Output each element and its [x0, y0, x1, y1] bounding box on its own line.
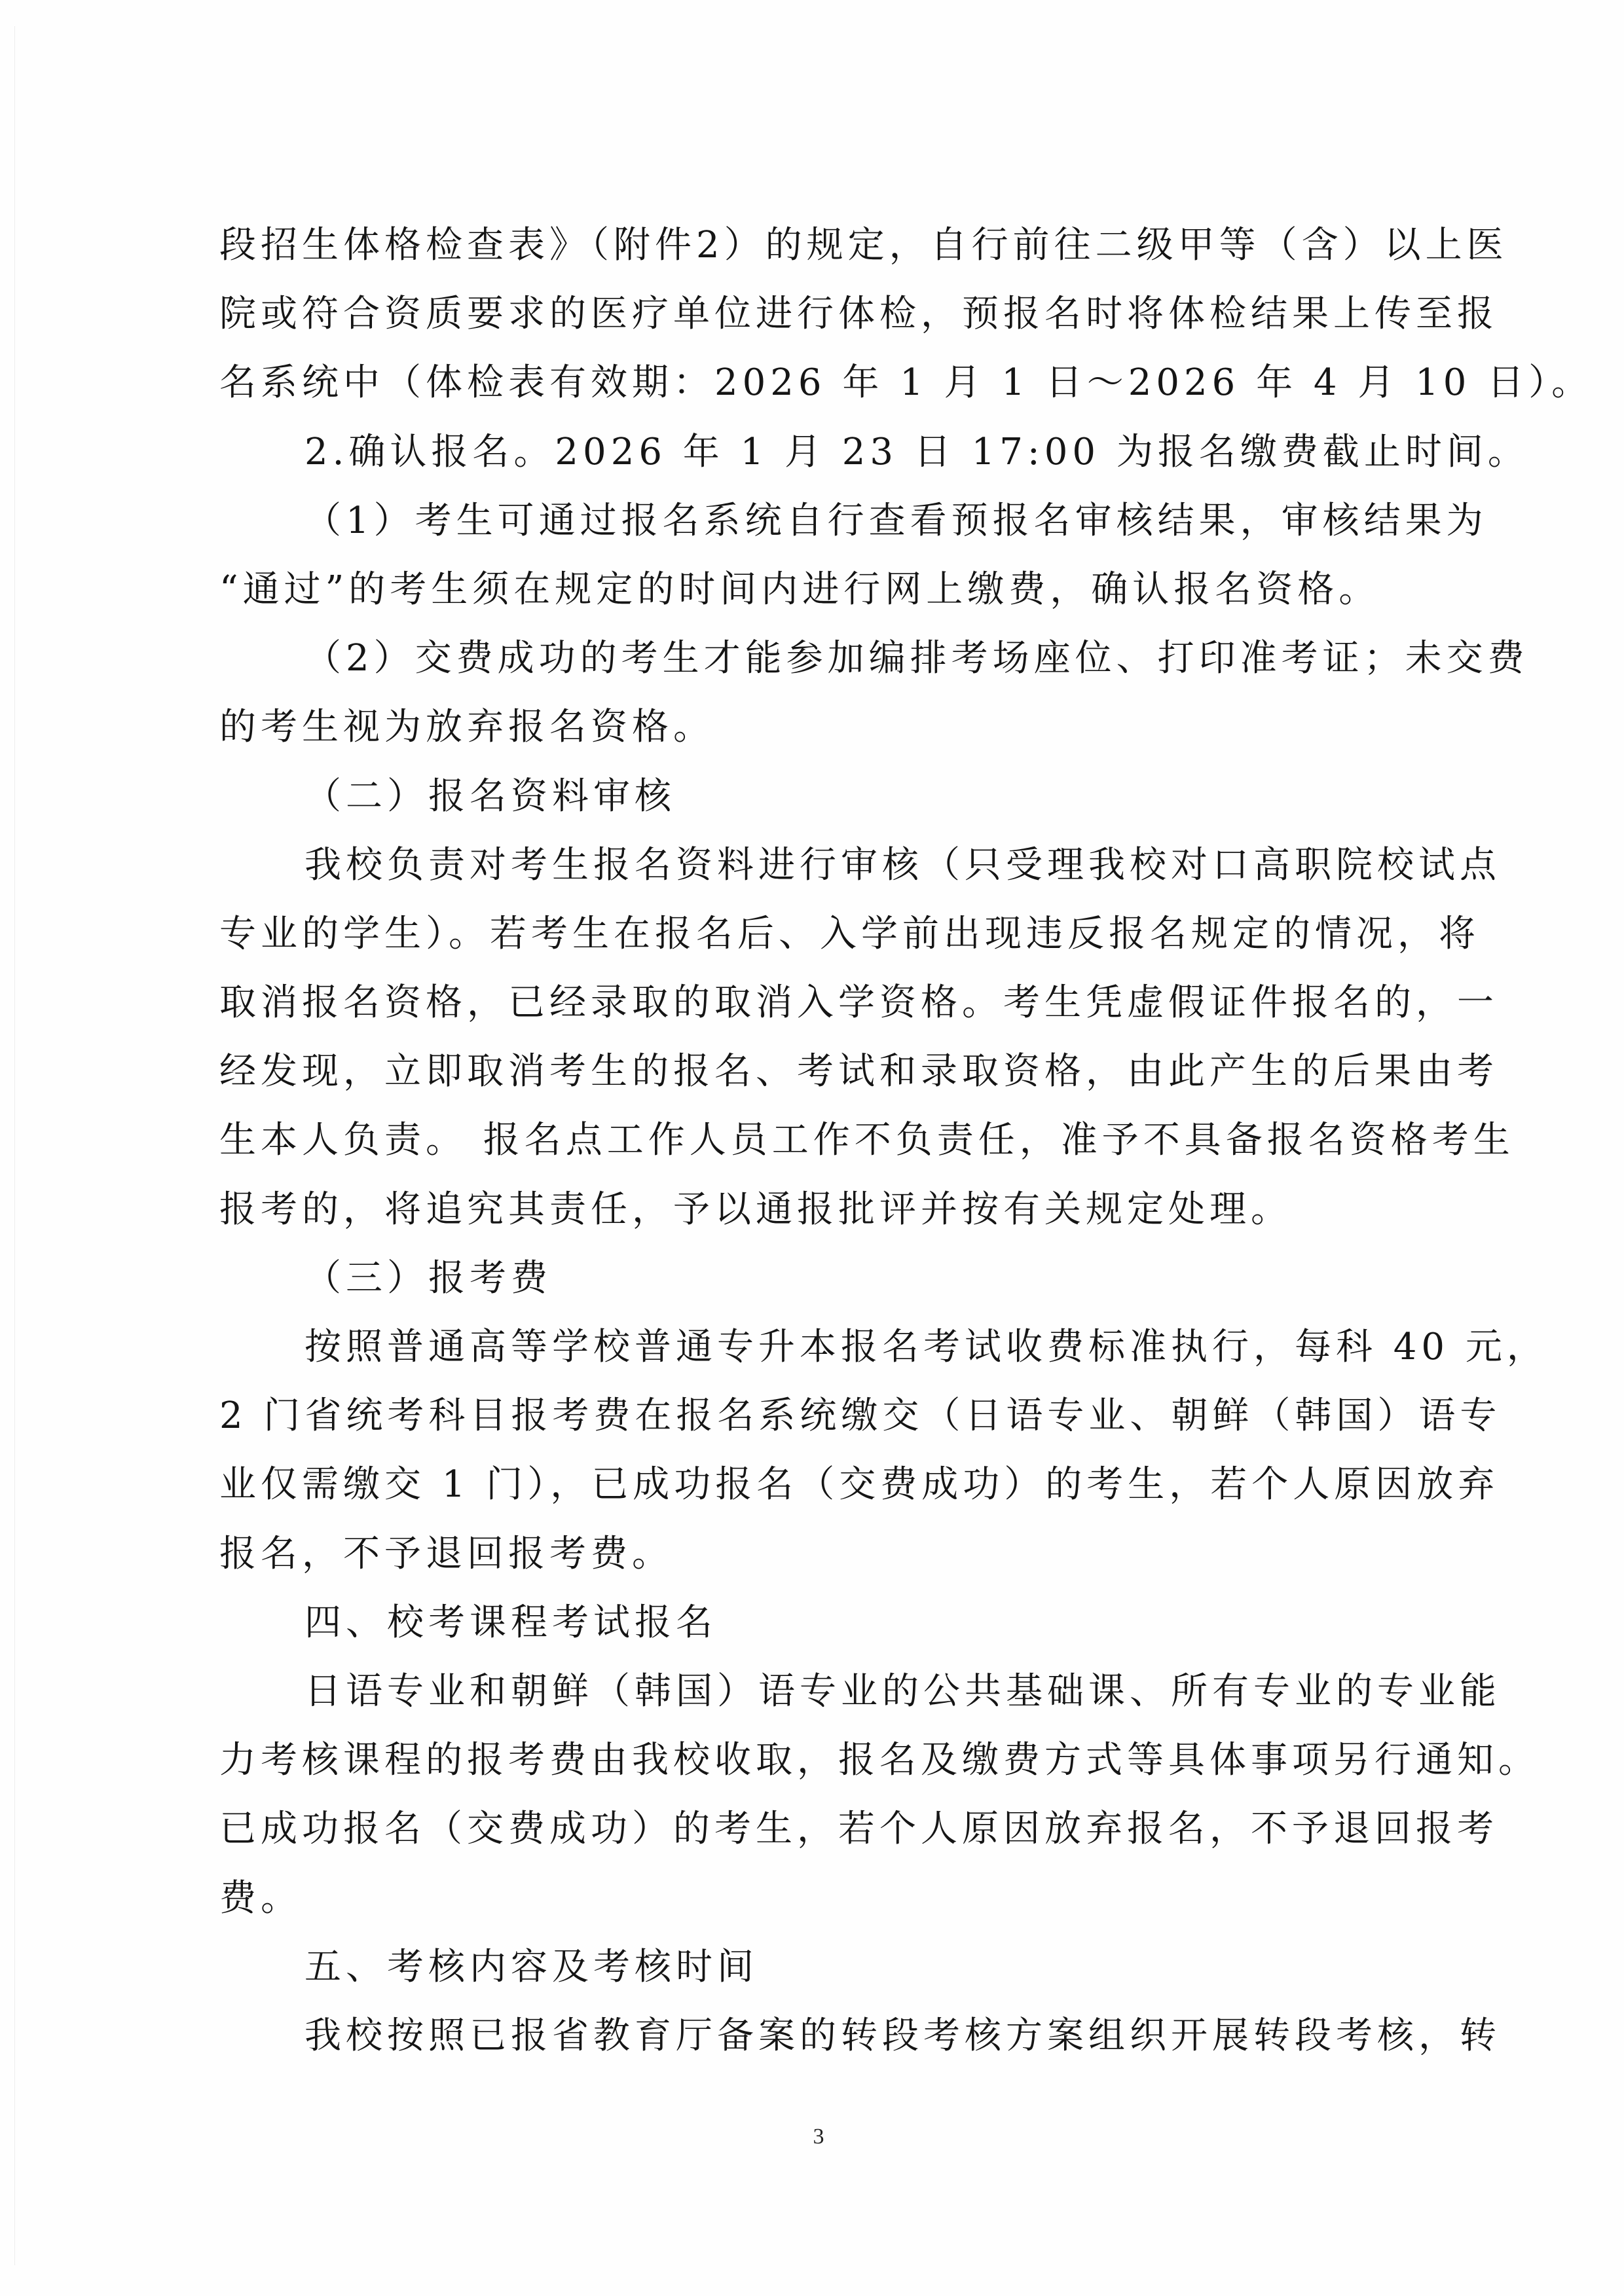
item-heading-confirm-registration: 2.确认报名。2026 年 1 月 23 日 17:00 为报名缴费截止时间。 — [219, 418, 1411, 486]
paragraph-line: 费。 — [219, 1864, 1411, 1933]
section-heading-assessment-content-time: 五、考核内容及考核时间 — [219, 1933, 1411, 2001]
paragraph-line: （2）交费成功的考生才能参加编排考场座位、打印准考证；未交费 — [219, 624, 1411, 693]
paragraph-line: 院或符合资质要求的医疗单位进行体检，预报名时将体检结果上传至报 — [219, 280, 1411, 348]
paragraph-line: 日语专业和朝鲜（韩国）语专业的公共基础课、所有专业的专业能 — [219, 1657, 1411, 1726]
section-heading-exam-fee: （三）报考费 — [219, 1244, 1411, 1313]
paragraph-line: 专业的学生）。若考生在报名后、入学前出现违反报名规定的情况，将 — [219, 900, 1411, 968]
paragraph-line: 力考核课程的报考费由我校收取，报名及缴费方式等具体事项另行通知。 — [219, 1726, 1411, 1795]
section-heading-school-exam-registration: 四、校考课程考试报名 — [219, 1588, 1411, 1657]
paragraph-line: 按照普通高等学校普通专升本报名考试收费标准执行，每科 40 元， — [219, 1313, 1411, 1381]
paragraph-line: 取消报名资格，已经录取的取消入学资格。考生凭虚假证件报名的，一 — [219, 968, 1411, 1037]
paragraph-line: “通过”的考生须在规定的时间内进行网上缴费，确认报名资格。 — [219, 555, 1411, 624]
paragraph-line: 名系统中（体检表有效期：2026 年 1 月 1 日～2026 年 4 月 10… — [219, 348, 1411, 417]
paragraph-line: 的考生视为放弃报名资格。 — [219, 693, 1411, 761]
page-number: 3 — [805, 2124, 832, 2149]
paragraph-line: 业仅需缴交 1 门），已成功报名（交费成功）的考生，若个人原因放弃 — [219, 1450, 1411, 1519]
document-body: 段招生体格检查表》（附件2）的规定，自行前往二级甲等（含）以上医 院或符合资质要… — [219, 211, 1411, 2070]
paragraph-line: 段招生体格检查表》（附件2）的规定，自行前往二级甲等（含）以上医 — [219, 211, 1411, 280]
paragraph-line: 已成功报名（交费成功）的考生，若个人原因放弃报名，不予退回报考 — [219, 1795, 1411, 1863]
paragraph-line: 报名，不予退回报考费。 — [219, 1520, 1411, 1588]
scan-edge-divider — [14, 26, 15, 2265]
paragraph-line: 报考的，将追究其责任，予以通报批评并按有关规定处理。 — [219, 1175, 1411, 1244]
document-page: 段招生体格检查表》（附件2）的规定，自行前往二级甲等（含）以上医 院或符合资质要… — [0, 0, 1624, 2296]
paragraph-line: 2 门省统考科目报考费在报名系统缴交（日语专业、朝鲜（韩国）语专 — [219, 1381, 1411, 1450]
paragraph-line: （1）考生可通过报名系统自行查看预报名审核结果，审核结果为 — [219, 486, 1411, 555]
paragraph-line: 经发现，立即取消考生的报名、考试和录取资格，由此产生的后果由考 — [219, 1037, 1411, 1106]
paragraph-line: 我校按照已报省教育厅备案的转段考核方案组织开展转段考核，转 — [219, 2001, 1411, 2070]
paragraph-line: 我校负责对考生报名资料进行审核（只受理我校对口高职院校试点 — [219, 831, 1411, 900]
section-heading-material-review: （二）报名资料审核 — [219, 762, 1411, 831]
paragraph-line: 生本人负责。 报名点工作人员工作不负责任，准予不具备报名资格考生 — [219, 1106, 1411, 1175]
